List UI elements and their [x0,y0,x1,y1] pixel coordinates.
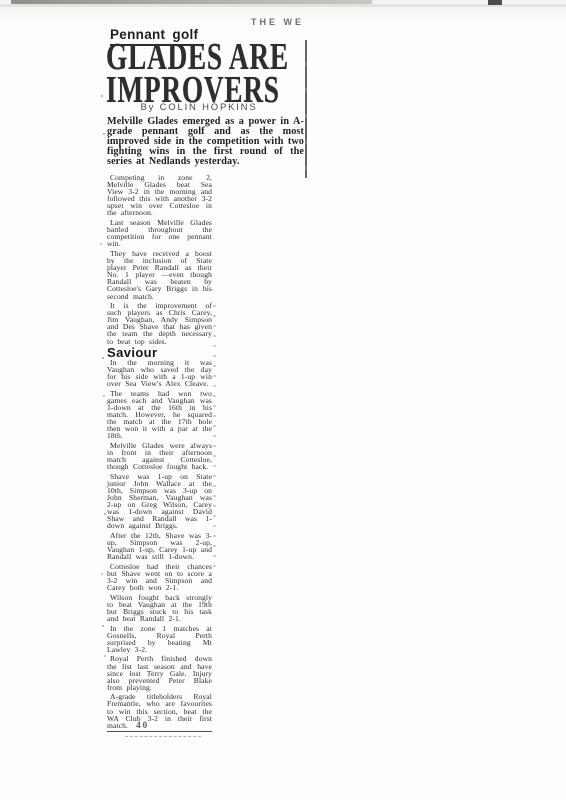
intro-paragraph: Melville Glades emerged as a power in A-… [107,117,304,167]
clipping-bottom-rule-smudge [125,736,201,737]
article-paragraph: The teams had won two games each and Vau… [107,390,212,440]
scan-edge-band-light [0,4,566,7]
article-paragraph: Cottesloe had their chances but Shave we… [107,563,212,591]
scan-edge-mark [488,0,502,5]
article-paragraph: Wilson fought back strongly to beat Vaug… [107,594,212,622]
headline: GLADES ARE IMPROVERS [106,41,360,107]
clipping-bottom-rule [107,731,212,732]
article-paragraph: A-grade titleholders Royal Fremantle, wh… [107,693,212,728]
subhead: Saviour [107,349,212,356]
article-paragraph: Royal Perth finished down the list last … [107,655,212,690]
article-paragraph: After the 12th, Shave was 3-up, Simpson … [107,532,212,560]
column-rule [305,40,307,178]
article-paragraph: In the morning it was Vaughan who saved … [107,359,212,387]
article-paragraph: Last season Melville Glades battled thro… [107,219,212,247]
scanned-page: THE WE Pennant golf GLADES ARE IMPROVERS… [0,0,566,800]
article-paragraph: Competing in zone 2, Melville Glades bea… [107,174,212,217]
ink-speckles [101,95,103,97]
article-column: Competing in zone 2, Melville Glades bea… [107,174,212,737]
masthead-fragment: THE WE [251,17,304,27]
end-smudge-mark: 40 [128,720,149,730]
article-paragraph: They have received a boost by the inclus… [107,250,212,300]
byline: By COLIN HOPKINS [108,102,290,113]
clip-edge-remnant-marks [213,305,216,570]
article-paragraph: In the zone 1 matches at Gosnells, Royal… [107,625,212,653]
article-paragraph: Melville Glades were always in front in … [107,442,212,470]
article-paragraph: It is the improvement of such players as… [107,302,212,345]
article-paragraph-text: A-grade titleholders Royal Fremantle, wh… [107,692,212,729]
article-paragraph: Shave was 1-up on State junior John Wall… [107,473,212,530]
